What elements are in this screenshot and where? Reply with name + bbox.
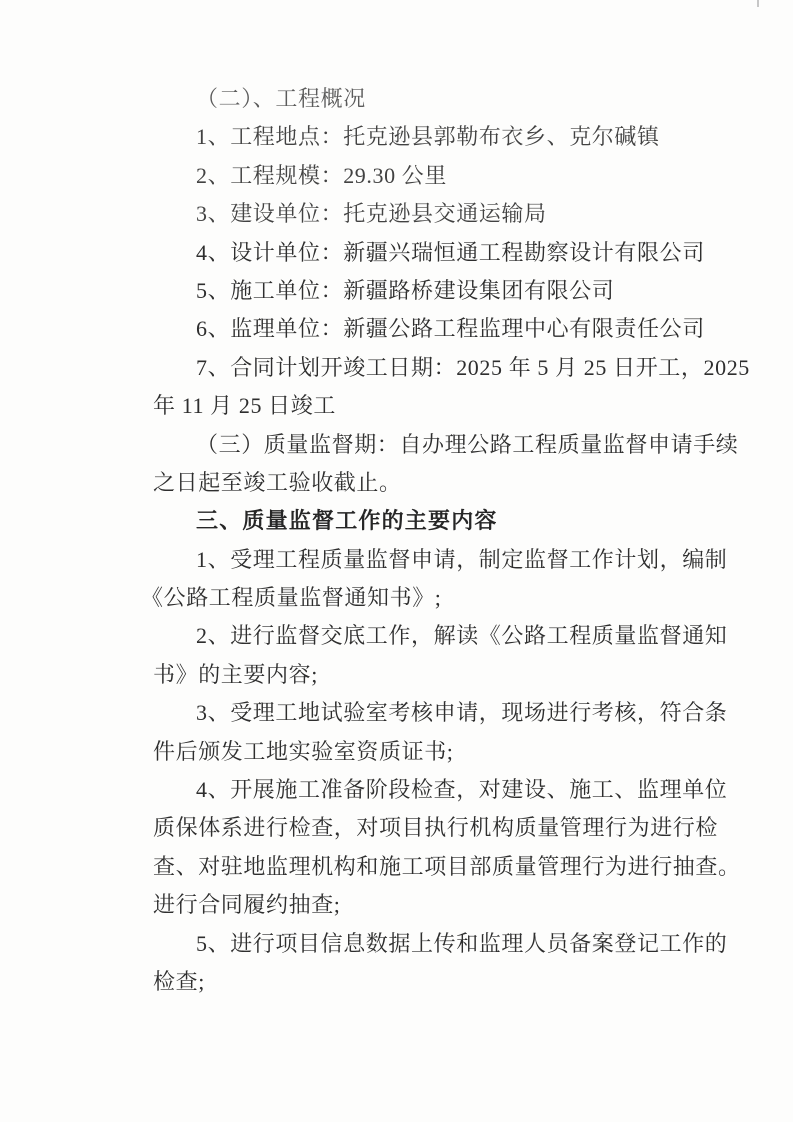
line-design-unit: 4、设计单位：新疆兴瑞恒通工程勘察设计有限公司 (153, 234, 725, 272)
line-project-location: 1、工程地点：托克逊县郭勒布衣乡、克尔碱镇 (153, 118, 725, 156)
line-task3-part2: 件后颁发工地实验室资质证书; (153, 733, 725, 771)
line-contractor-unit: 5、施工单位：新疆路桥建设集团有限公司 (153, 272, 725, 310)
line-task4-part1: 4、开展施工准备阶段检查，对建设、施工、监理单位 (153, 771, 725, 809)
line-project-scale: 2、工程规模：29.30 公里 (153, 157, 725, 195)
line-task4-part3: 查、对驻地监理机构和施工项目部质量管理行为进行抽查。 (153, 848, 725, 886)
line-task4-part2: 质保体系进行检查，对项目执行机构质量管理行为进行检 (153, 809, 725, 847)
line-quality-supervision-period-1: （三）质量监督期：自办理公路工程质量监督申请手续 (153, 426, 725, 464)
line-quality-supervision-period-2: 之日起至竣工验收截止。 (153, 464, 725, 502)
line-supervision-unit: 6、监理单位：新疆公路工程监理中心有限责任公司 (153, 310, 725, 348)
heading-section-3: 三、质量监督工作的主要内容 (153, 502, 725, 540)
line-construction-unit: 3、建设单位：托克逊县交通运输局 (153, 195, 725, 233)
line-contract-dates-1: 7、合同计划开竣工日期：2025 年 5 月 25 日开工，2025 (153, 349, 725, 387)
line-task1-part1: 1、受理工程质量监督申请，制定监督工作计划，编制 (153, 541, 725, 579)
line-task2-part2: 书》的主要内容; (153, 656, 725, 694)
line-task2-part1: 2、进行监督交底工作，解读《公路工程质量监督通知 (153, 617, 725, 655)
line-contract-dates-2: 年 11 月 25 日竣工 (153, 387, 725, 425)
line-task1-part2: 《公路工程质量监督通知书》; (141, 579, 725, 617)
line-task5-part1: 5、进行项目信息数据上传和监理人员备案登记工作的 (153, 925, 725, 963)
document-page: （二）、工程概况 1、工程地点：托克逊县郭勒布衣乡、克尔碱镇 2、工程规模：29… (0, 0, 793, 1122)
scan-artifact (757, 0, 759, 7)
line-task4-part4: 进行合同履约抽查; (153, 886, 725, 924)
document-text: （二）、工程概况 1、工程地点：托克逊县郭勒布衣乡、克尔碱镇 2、工程规模：29… (153, 80, 725, 1001)
line-task3-part1: 3、受理工地试验室考核申请，现场进行考核，符合条 (153, 694, 725, 732)
heading-section-2: （二）、工程概况 (153, 80, 725, 118)
line-task5-part2: 检查; (153, 963, 725, 1001)
